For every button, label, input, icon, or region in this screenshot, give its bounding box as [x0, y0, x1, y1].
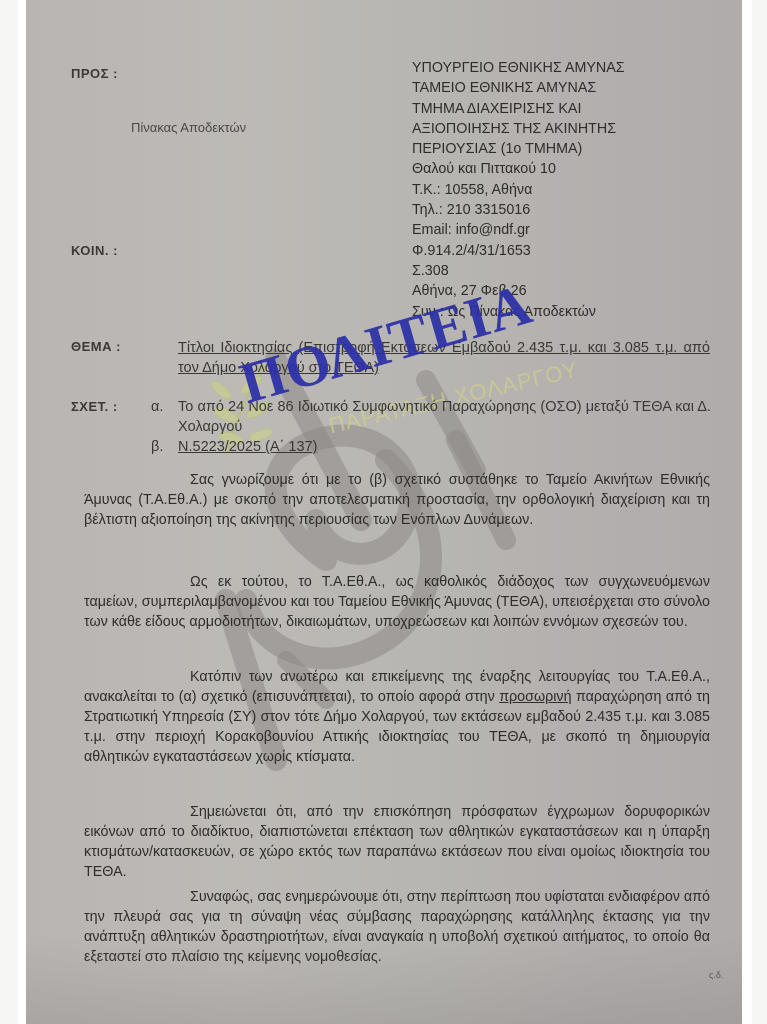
paragraph-text: Κατόπιν των ανωτέρω και επικείμενης της … [84, 669, 710, 765]
address-line: ΠΕΡΙΟΥΣΙΑΣ (1ο ΤΜΗΜΑ) [412, 139, 625, 159]
address-line: ΤΜΗΜΑ ΔΙΑΧΕΙΡΙΣΗΣ ΚΑΙ [412, 99, 625, 119]
related-item: β. Ν.5223/2025 (Α΄ 137) [151, 437, 711, 457]
address-line: ΑΞΙΟΠΟΙΗΣΗΣ ΤΗΣ ΑΚΙΝΗΤΗΣ [412, 119, 625, 139]
body-paragraph-4: Σημειώνεται ότι, από την επισκόπηση πρόσ… [84, 802, 710, 882]
subject-label: ΘΕΜΑ : [71, 339, 121, 354]
cc-label: ΚΟΙΝ. : [71, 243, 118, 258]
document-page: ΠΑΡΑΤΑΞΗ ΧΟΛΑΡΓΟΥ ΠΡΟΣ : Πίνακας Αποδεκτ… [26, 0, 742, 1024]
email-line: Email: info@ndf.gr [412, 220, 625, 240]
underlined-word: προσωρινή [499, 689, 571, 705]
address-line: ΤΑΜΕΙΟ ΕΘΝΙΚΗΣ ΑΜΥΝΑΣ [412, 78, 625, 98]
body-paragraph-3: Κατόπιν των ανωτέρω και επικείμενης της … [84, 667, 710, 767]
body-paragraph-1: Σας γνωρίζουμε ότι με το (β) σχετικό συσ… [84, 470, 710, 530]
address-line: Θαλού και Πιττακού 10 [412, 159, 625, 179]
paragraph-text: Ως εκ τούτου, το Τ.Α.Εθ.Α., ως καθολικός… [84, 574, 710, 630]
related-marker: α. [151, 397, 178, 437]
paragraph-text: Σας γνωρίζουμε ότι με το (β) σχετικό συσ… [84, 472, 710, 528]
address-line: Τηλ.: 210 3315016 [412, 200, 625, 220]
to-label: ΠΡΟΣ : [71, 66, 118, 81]
recipients-table-label: Πίνακας Αποδεκτών [131, 120, 246, 135]
file-number: Φ.914.2/4/31/1653 [412, 241, 625, 261]
address-line: Τ.Κ.: 10558, Αθήνα [412, 180, 625, 200]
related-law-link: Ν.5223/2025 (Α΄ 137) [178, 439, 317, 455]
body-paragraph-2: Ως εκ τούτου, το Τ.Α.Εθ.Α., ως καθολικός… [84, 572, 710, 632]
body-paragraph-5: Συναφώς, σας ενημερώνουμε ότι, στην περί… [84, 887, 710, 967]
corner-mark: ς.δ. [709, 970, 723, 980]
related-item: α. Το από 24 Νοε 86 Ιδιωτικό Συμφωνητικό… [151, 397, 711, 437]
address-line: ΥΠΟΥΡΓΕΙΟ ΕΘΝΙΚΗΣ ΑΜΥΝΑΣ [412, 58, 625, 78]
related-list: α. Το από 24 Νοε 86 Ιδιωτικό Συμφωνητικό… [151, 397, 711, 457]
paragraph-text: Συναφώς, σας ενημερώνουμε ότι, στην περί… [84, 889, 710, 965]
related-marker: β. [151, 437, 178, 457]
related-label: ΣΧΕΤ. : [71, 399, 118, 414]
paragraph-text: Σημειώνεται ότι, από την επισκόπηση πρόσ… [84, 804, 710, 880]
